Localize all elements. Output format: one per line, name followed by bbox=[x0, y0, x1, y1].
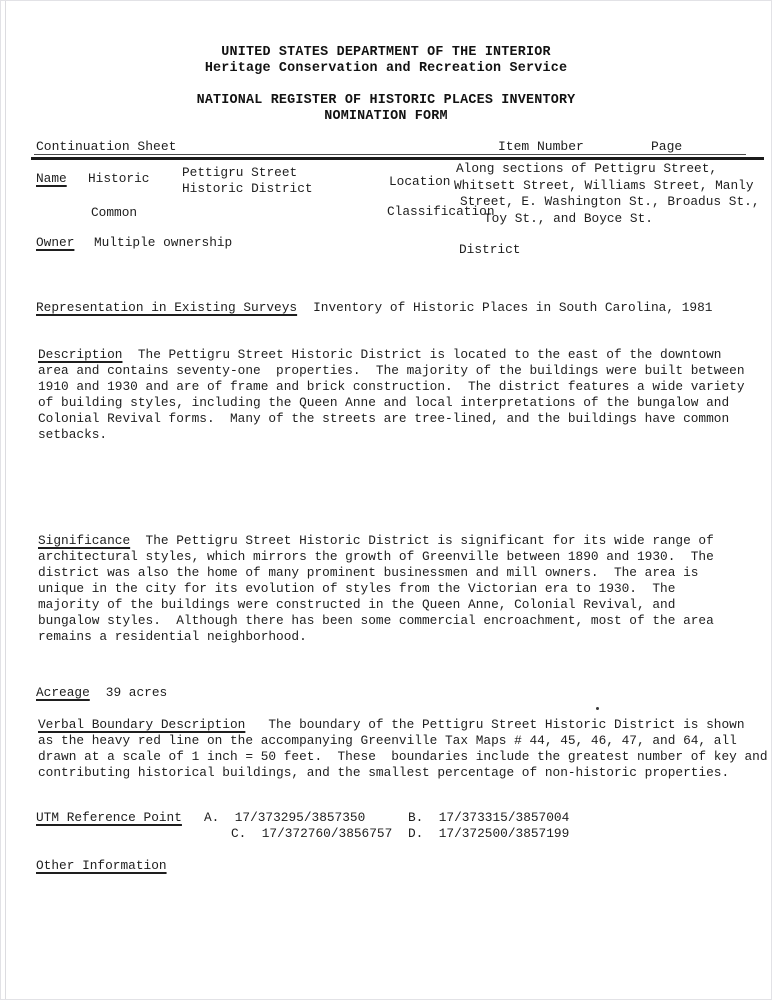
nomination-form-page: UNITED STATES DEPARTMENT OF THE INTERIOR… bbox=[0, 0, 772, 1000]
item-number-label: Item Number bbox=[498, 139, 584, 155]
register-title: NATIONAL REGISTER OF HISTORIC PLACES INV… bbox=[1, 92, 771, 109]
common-label: Common bbox=[91, 205, 137, 221]
classification-label: Classification bbox=[387, 204, 495, 220]
description-body: The Pettigru Street Historic District is… bbox=[38, 347, 745, 442]
representation-row: Representation in Existing SurveysInvent… bbox=[36, 300, 712, 316]
utm-point-d: D. 17/372500/3857199 bbox=[408, 826, 569, 842]
description-section: Description The Pettigru Street Historic… bbox=[38, 347, 745, 443]
description-label: Description bbox=[38, 347, 122, 362]
acreage-label: Acreage bbox=[36, 685, 90, 700]
historic-name-value: Pettigru Street Historic District bbox=[182, 165, 313, 197]
significance-section: Significance The Pettigru Street Histori… bbox=[38, 533, 714, 645]
owner-label: Owner bbox=[36, 235, 74, 251]
location-line-4: Toy St., and Boyce St. bbox=[484, 211, 653, 227]
scan-left-edge-line bbox=[5, 1, 6, 999]
name-label: Name bbox=[36, 171, 67, 187]
page-label: Page bbox=[651, 139, 682, 155]
owner-value: Multiple ownership bbox=[94, 235, 232, 251]
location-line-2: Whitsett Street, Williams Street, Manly bbox=[454, 178, 754, 194]
header-rule-thick bbox=[31, 157, 764, 160]
header-rule-thin bbox=[34, 154, 746, 155]
utm-point-a: A. 17/373295/3857350 bbox=[204, 810, 365, 826]
representation-value: Inventory of Historic Places in South Ca… bbox=[313, 300, 712, 315]
stray-scan-mark bbox=[596, 707, 599, 710]
department-title: UNITED STATES DEPARTMENT OF THE INTERIOR bbox=[1, 44, 771, 61]
significance-body: The Pettigru Street Historic District is… bbox=[38, 533, 714, 644]
other-information-label: Other Information bbox=[36, 858, 167, 874]
form-title: NOMINATION FORM bbox=[1, 108, 771, 125]
acreage-value: 39 acres bbox=[106, 685, 167, 700]
location-line-1: Along sections of Pettigru Street, bbox=[456, 161, 717, 177]
utm-point-b: B. 17/373315/3857004 bbox=[408, 810, 569, 826]
location-line-3: Street, E. Washington St., Broadus St., bbox=[460, 194, 760, 210]
significance-label: Significance bbox=[38, 533, 130, 548]
continuation-sheet-label: Continuation Sheet bbox=[36, 139, 176, 155]
service-subtitle: Heritage Conservation and Recreation Ser… bbox=[1, 60, 771, 77]
location-label: Location bbox=[389, 174, 450, 190]
verbal-boundary-label: Verbal Boundary Description bbox=[38, 717, 245, 732]
representation-label: Representation in Existing Surveys bbox=[36, 300, 297, 315]
historic-label: Historic bbox=[88, 171, 149, 187]
verbal-boundary-section: Verbal Boundary Description The boundary… bbox=[38, 717, 768, 781]
utm-point-c: C. 17/372760/3856757 bbox=[231, 826, 392, 842]
utm-label: UTM Reference Point bbox=[36, 810, 182, 826]
classification-value: District bbox=[459, 242, 520, 258]
acreage-row: Acreage39 acres bbox=[36, 685, 167, 701]
